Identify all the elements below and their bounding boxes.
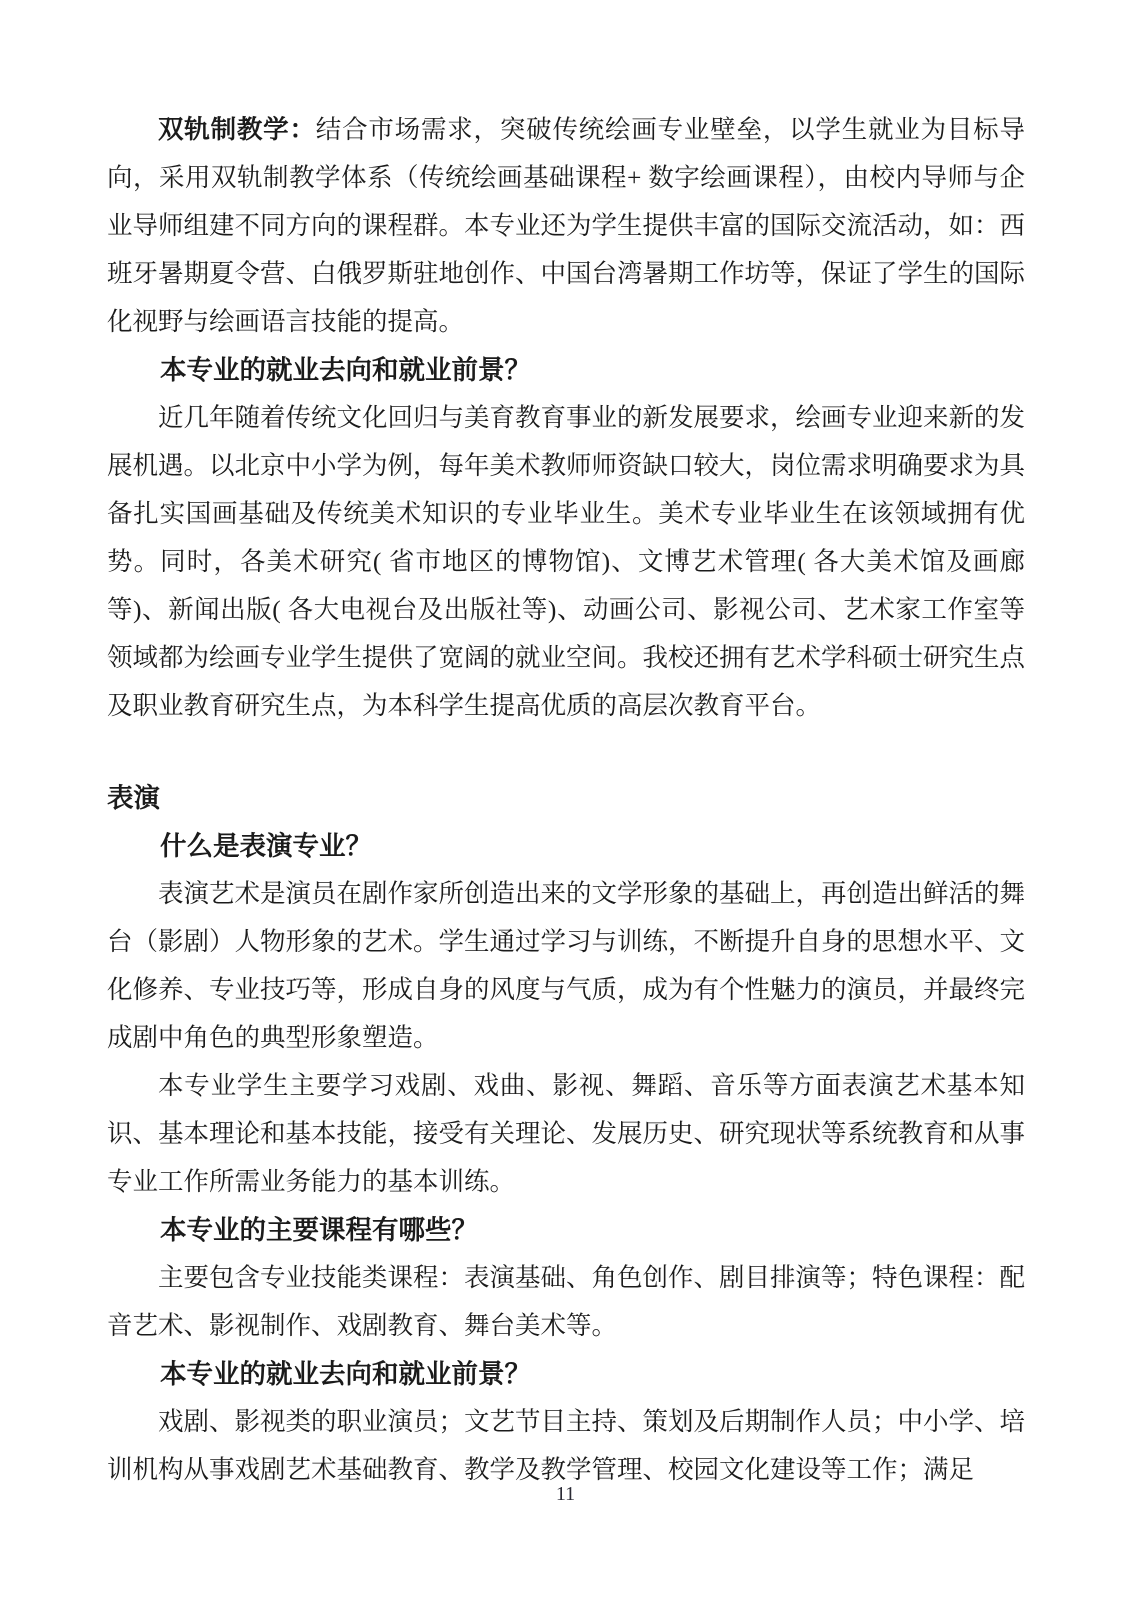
subheading: 本专业的主要课程有哪些？ (107, 1206, 1025, 1254)
paragraph: 本专业学生主要学习戏剧、戏曲、影视、舞蹈、音乐等方面表演艺术基本知识、基本理论和… (107, 1062, 1025, 1206)
subheading: 本专业的就业去向和就业前景？ (107, 346, 1025, 394)
section-heading: 表演 (107, 774, 1025, 822)
subheading: 什么是表演专业？ (107, 822, 1025, 870)
paragraph-lead: 双轨制教学： (158, 115, 316, 144)
paragraph: 双轨制教学：结合市场需求，突破传统绘画专业壁垒，以学生就业为目标导向，采用双轨制… (107, 106, 1025, 346)
paragraph: 表演艺术是演员在剧作家所创造出来的文学形象的基础上，再创造出鲜活的舞台（影剧）人… (107, 870, 1025, 1062)
subheading: 本专业的就业去向和就业前景？ (107, 1350, 1025, 1398)
paragraph: 戏剧、影视类的职业演员；文艺节目主持、策划及后期制作人员；中小学、培训机构从事戏… (107, 1398, 1025, 1494)
page-number: 11 (0, 1482, 1131, 1506)
paragraph: 主要包含专业技能类课程：表演基础、角色创作、剧目排演等；特色课程：配音艺术、影视… (107, 1254, 1025, 1350)
paragraph: 近几年随着传统文化回归与美育教育事业的新发展要求，绘画专业迎来新的发展机遇。以北… (107, 394, 1025, 730)
document-page: 双轨制教学：结合市场需求，突破传统绘画专业壁垒，以学生就业为目标导向，采用双轨制… (0, 0, 1131, 1600)
document-body: 双轨制教学：结合市场需求，突破传统绘画专业壁垒，以学生就业为目标导向，采用双轨制… (107, 106, 1025, 1494)
